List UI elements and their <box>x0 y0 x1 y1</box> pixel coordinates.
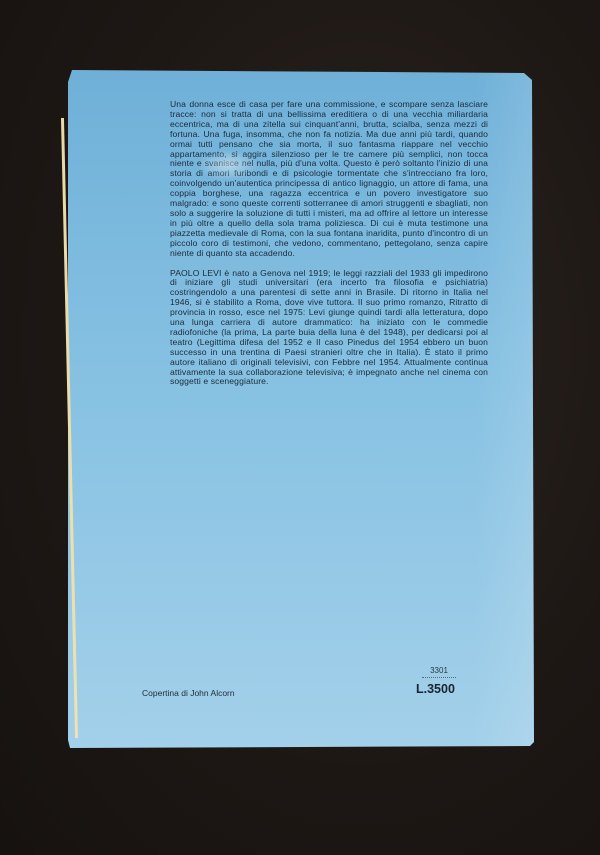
back-cover-blurb: Una donna esce di casa per fare una comm… <box>170 100 488 397</box>
plot-summary: Una donna esce di casa per fare una comm… <box>170 100 488 259</box>
catalog-number: 3301 <box>422 666 456 678</box>
cover-credit: Copertina di John Alcorn <box>142 688 235 698</box>
author-bio: PAOLO LEVI è nato a Genova nel 1919; le … <box>170 269 488 388</box>
book-back-cover: Una donna esce di casa per fare una comm… <box>68 70 534 748</box>
price-label: L.3500 <box>416 682 455 696</box>
